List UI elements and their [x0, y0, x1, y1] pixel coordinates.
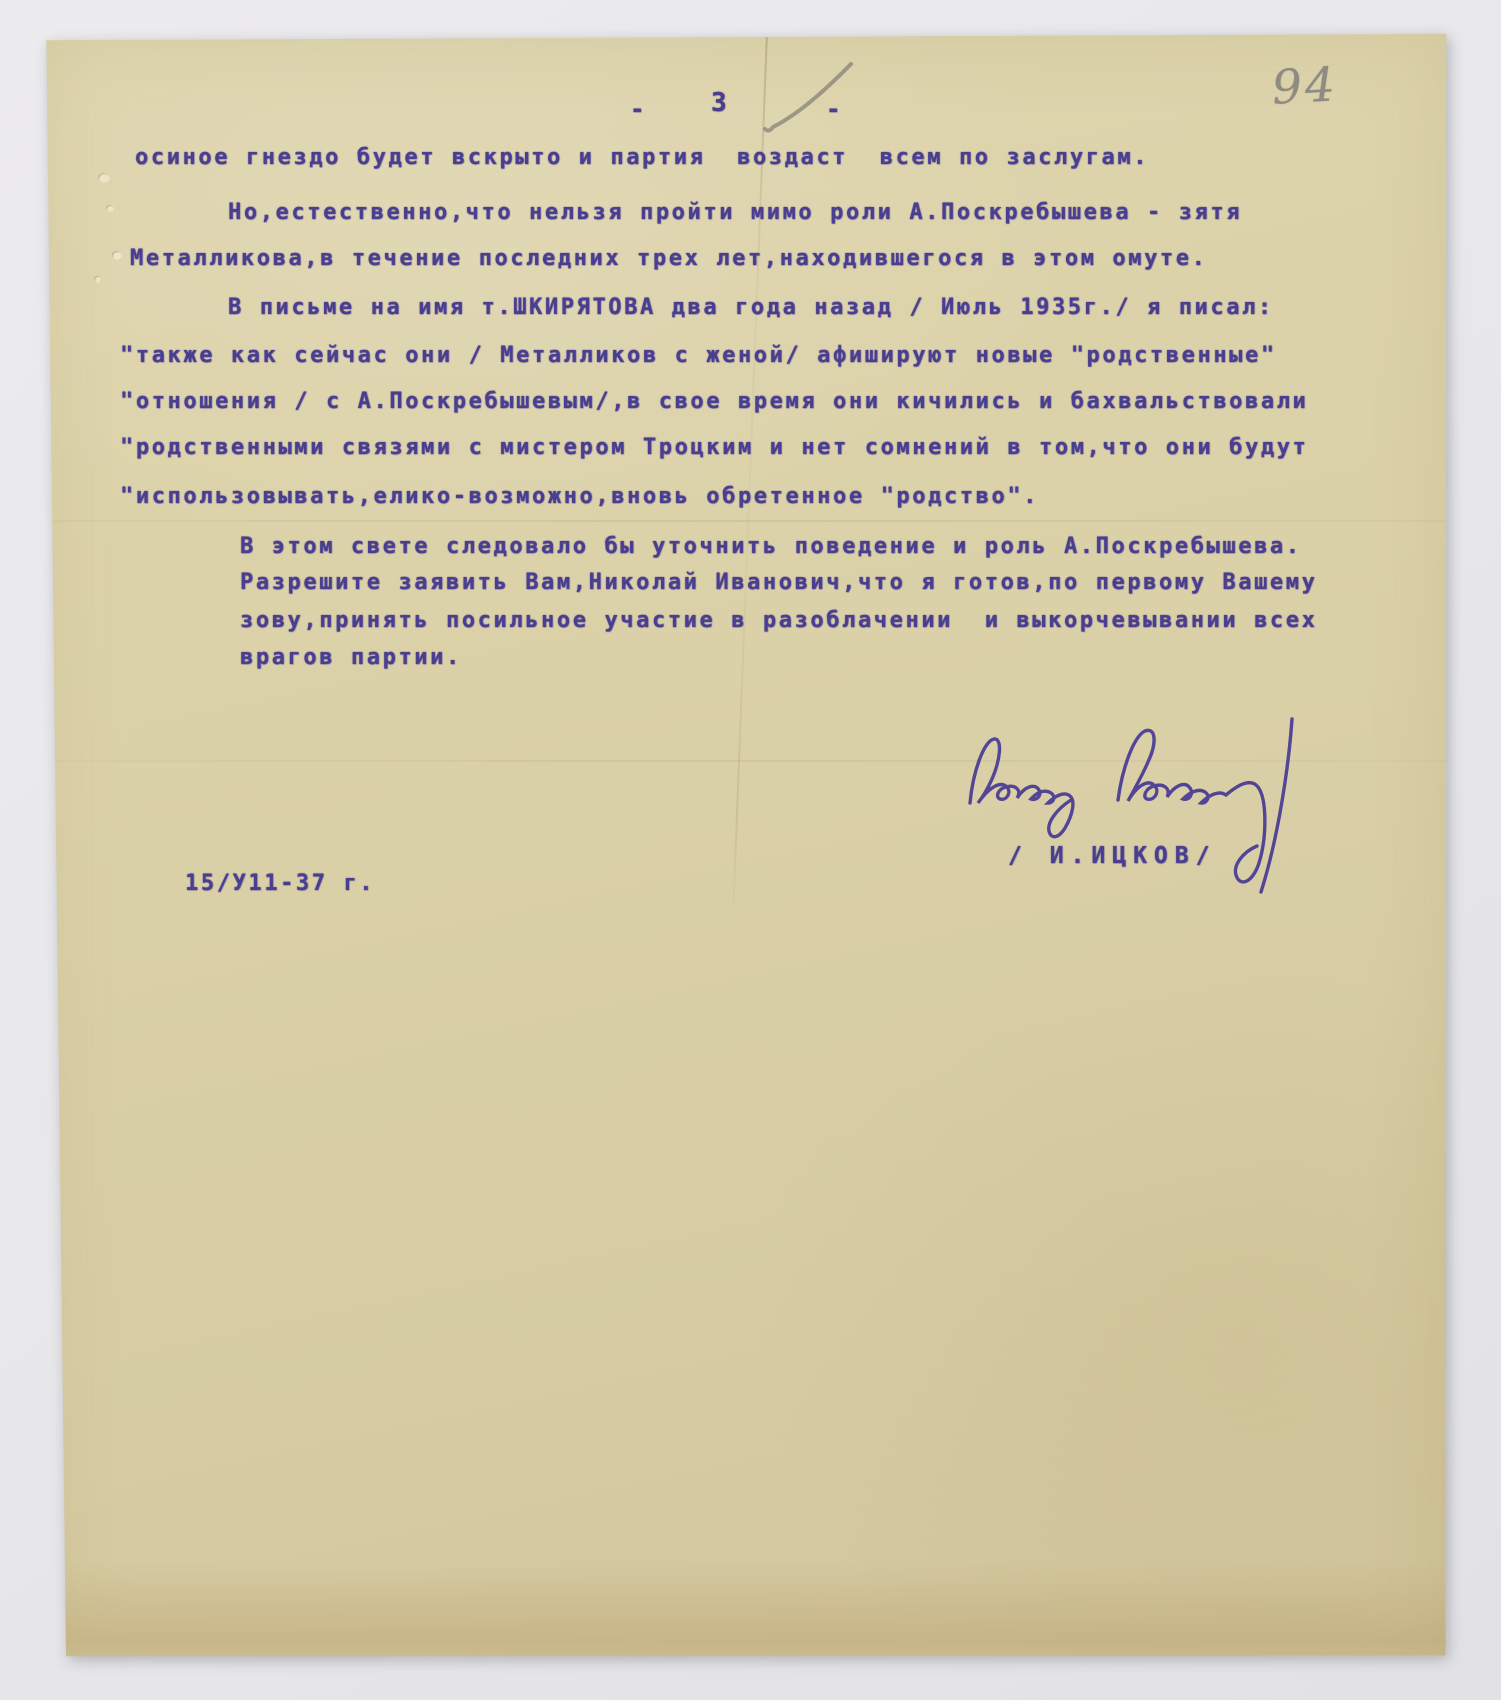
handwritten-signature [940, 685, 1330, 920]
typed-line: "отношения / с А.Поскребышевым/,в свое в… [120, 389, 1308, 414]
scan-background: - 3 - 94 осиное гнездо будет вскрыто и п… [0, 0, 1501, 1700]
date-line: 15/У11-37 г. [185, 871, 375, 896]
typed-line: зову,принять посильное участие в разобла… [240, 608, 1317, 633]
paper-blemish [112, 251, 121, 259]
typed-line: В этом свете следовало бы уточнить повед… [240, 534, 1302, 559]
typed-line: "использовывать,елико-возможно,вновь обр… [120, 484, 1039, 509]
pencil-strike-icon [755, 55, 875, 140]
paper-sheet: - 3 - 94 осиное гнездо будет вскрыто и п… [40, 33, 1447, 1657]
typed-line: врагов партии. [240, 645, 462, 670]
paper-surface: - 3 - 94 осиное гнездо будет вскрыто и п… [40, 33, 1447, 1657]
typed-line: "также как сейчас они / Металликов с жен… [120, 343, 1277, 368]
paper-blemish [94, 276, 100, 282]
horizontal-fold-crease [40, 520, 1447, 522]
typed-signature: / И.ИЦКОВ/ [1008, 843, 1216, 869]
typed-line: Разрешите заявить Вам,Николай Иванович,ч… [240, 570, 1317, 595]
folio-number: 94 [1271, 57, 1340, 115]
typed-line: В письме на имя т.ШКИРЯТОВА два года наз… [228, 295, 1274, 320]
typed-line: Металликова,в течение последних трех лет… [130, 246, 1207, 271]
paper-blemish [106, 205, 113, 211]
typed-line: Но,естественно,что нельзя пройти мимо ро… [228, 200, 1242, 225]
page-number: 3 [711, 88, 729, 118]
page-header-dash-left: - [630, 95, 647, 123]
typed-line: "родственными связями с мистером Троцким… [120, 435, 1308, 460]
paper-blemish [98, 173, 109, 182]
typed-line: осиное гнездо будет вскрыто и партия воз… [135, 145, 1149, 170]
